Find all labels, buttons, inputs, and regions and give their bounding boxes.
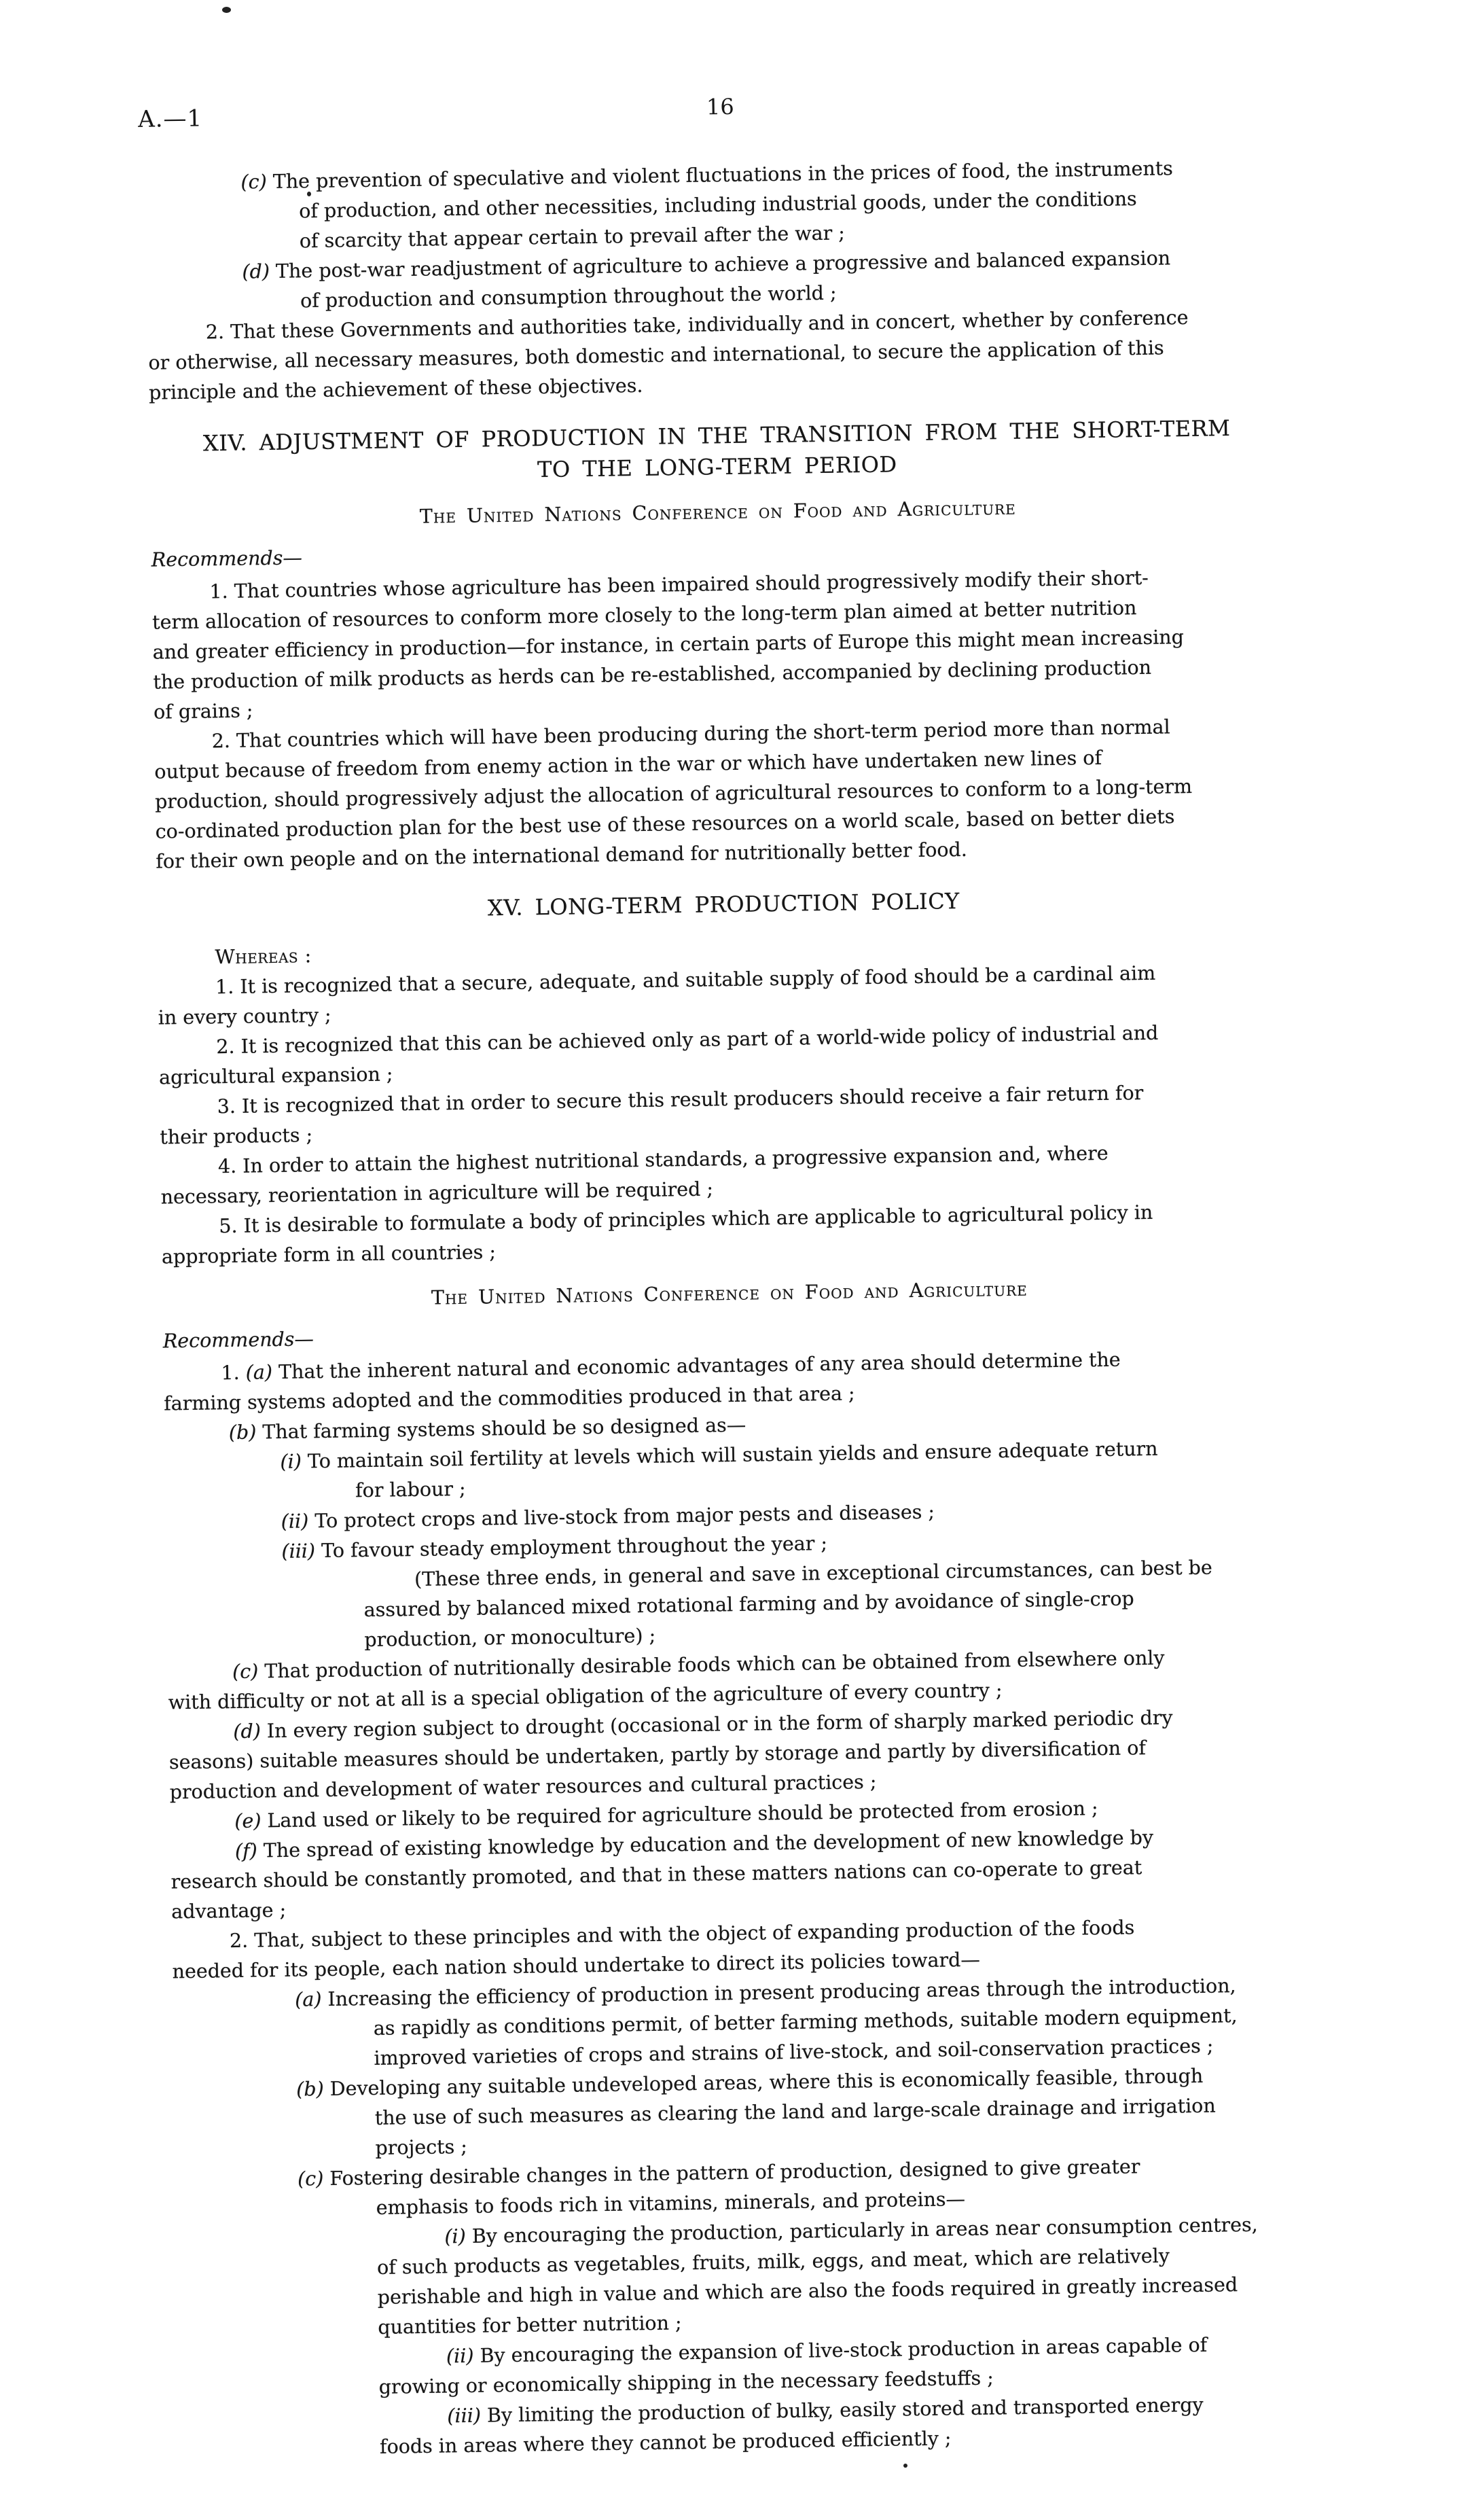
text-block: (f) The spread of existing knowledge by … [170,1821,1306,1928]
block-text: 5. It is desirable to formulate a body o… [162,1201,1153,1268]
scanned-document-page: A.—1 16 (c) The prevention of speculativ… [0,0,1476,2520]
block-text: By encouraging the expansion of live-sto… [378,2334,1207,2398]
text-block: (b) Developing any suitable undeveloped … [174,2060,1310,2167]
document-body: (c) The prevention of speculative and vi… [145,152,1314,2465]
page-header: A.—1 16 [0,0,1475,166]
item-label: (ii) [281,1510,309,1533]
item-label: (e) [234,1809,262,1832]
block-text: By encouraging the production, particula… [377,2214,1258,2339]
item-number: 1. [221,1362,240,1384]
block-text: 1. It is recognized that a secure, adequ… [158,962,1156,1029]
item-label: (f) [235,1840,257,1862]
block-text: By limiting the production of bulky, eas… [380,2394,1204,2458]
section-heading: XIV. ADJUSTMENT OF PRODUCTION IN THE TRA… [149,412,1284,491]
item-label: (iii) [447,2404,481,2428]
block-text: 2. That, subject to these principles and… [172,1916,1134,1983]
block-text: Whereas : [215,944,312,968]
block-text: 3. It is recognized that in order to sec… [160,1082,1143,1148]
item-label: (c) [298,2167,324,2190]
scan-speck [307,192,311,196]
text-block: The United Nations Conference on Food an… [162,1271,1297,1317]
item-label: (c) [240,171,267,194]
item-label: (ii) [446,2345,474,2368]
item-label: (d) [242,260,270,283]
text-block: (c) The prevention of speculative and vi… [145,152,1281,259]
item-label: (b) [229,1421,257,1444]
block-text: To protect crops and live-stock from maj… [314,1501,935,1533]
section-heading: XV. LONG-TERM PRODUCTION POLICY [156,881,1291,929]
block-text: 2. It is recognized that this can be ach… [159,1022,1159,1089]
block-text: Recommends— [151,546,303,571]
item-label: (b) [296,2078,324,2101]
text-block: 2. That countries which will have been p… [154,711,1290,877]
text-block: The United Nations Conference on Food an… [151,489,1285,536]
block-text: To maintain soil fertility at levels whi… [308,1438,1158,1502]
block-text: The spread of existing knowledge by educ… [170,1826,1153,1923]
block-text: That production of nutritionally desirab… [168,1647,1164,1714]
block-text: That the inherent natural and economic a… [164,1349,1121,1415]
scan-skew-wrapper: A.—1 16 (c) The prevention of speculativ… [0,0,1476,2520]
text-block: (These three ends, in general and save i… [166,1552,1302,1658]
block-text: XIV. ADJUSTMENT OF PRODUCTION IN THE TRA… [203,415,1231,482]
block-text: The post-war readjustment of agriculture… [276,247,1171,312]
block-text: The United Nations Conference on Food an… [431,1278,1028,1309]
block-text: Developing any suitable undeveloped area… [329,2065,1215,2159]
text-block: 1. That countries whose agriculture has … [151,561,1288,728]
item-label: (d) [233,1720,261,1743]
item-label: (a) [295,1988,322,2011]
block-text: In every region subject to drought (occa… [169,1706,1173,1803]
block-text: XV. LONG-TERM PRODUCTION POLICY [488,888,960,921]
block-text: That farming systems should be so design… [262,1414,746,1444]
block-text: 4. In order to attain the highest nutrit… [160,1142,1108,1209]
text-block: 2. That these Governments and authoritie… [147,302,1283,408]
page-number: 16 [706,94,734,120]
block-text: The prevention of speculative and violen… [273,157,1173,252]
block-text: Fostering desirable changes in the patte… [329,2155,1140,2219]
block-text: Increasing the efficiency of production … [327,1974,1237,2070]
item-label: (iii) [281,1540,315,1563]
block-text: 2. That these Governments and authoritie… [148,306,1188,404]
item-label: (i) [444,2225,466,2248]
block-text: Recommends— [163,1328,314,1352]
text-block: (a) Increasing the efficiency of product… [173,1970,1308,2077]
item-label: (a) [246,1361,273,1384]
text-block: (d) In every region subject to drought (… [168,1701,1304,1808]
scan-speck [222,7,231,13]
text-block: (i) By encouraging the production, parti… [176,2210,1312,2346]
block-text: To favour steady employment throughout t… [321,1532,827,1562]
scan-speck [903,2464,907,2468]
item-label: (c) [232,1660,259,1683]
block-text: 1. That countries whose agriculture has … [152,567,1184,724]
block-text: (These three ends, in general and save i… [363,1557,1212,1652]
item-label: (i) [280,1450,302,1472]
block-text: 2. That countries which will have been p… [154,715,1192,872]
block-text: The United Nations Conference on Food an… [420,497,1016,528]
doc-reference: A.—1 [138,105,203,132]
